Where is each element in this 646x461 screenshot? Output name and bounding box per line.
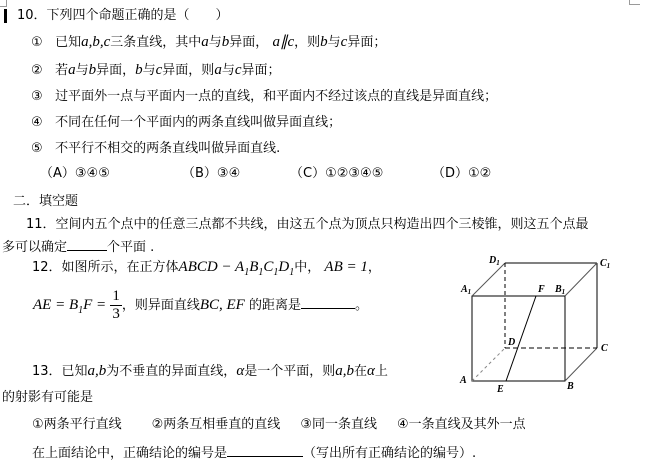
q11-answer-blank[interactable] xyxy=(67,236,107,251)
label-c: C xyxy=(601,343,608,354)
choice-4: ④一条直线及其外一点 xyxy=(397,417,526,432)
text: 中， xyxy=(294,260,320,275)
option-label: （B） xyxy=(182,166,217,181)
q13-choices: ①两条平行直线②两条互相垂直的直线③同一条直线④一条直线及其外一点 xyxy=(32,416,526,434)
text: 为不垂直的异面直线， xyxy=(106,364,236,379)
choice-3: ③同一条直线 xyxy=(300,417,377,432)
text: （写出所有正确结论的编号）. xyxy=(303,446,476,461)
q11-line-2: 多可以确定个平面 . xyxy=(2,236,154,257)
q13-answer-blank[interactable] xyxy=(227,442,303,457)
math: b xyxy=(320,34,328,50)
math: a xyxy=(201,34,209,50)
text: 异面； xyxy=(347,35,386,50)
text: 三条直线，其中 xyxy=(110,35,201,50)
q10-option-b[interactable]: （B）③④ xyxy=(182,165,240,183)
q12-line-2: AE = B1F = 13，则异面直线BC, EF 的距离是。 xyxy=(33,285,368,331)
text: 。 xyxy=(355,298,368,313)
text: ， xyxy=(368,260,381,275)
fraction-one-third: 13 xyxy=(110,288,122,323)
text: 与 xyxy=(209,35,222,50)
text: 与 xyxy=(222,63,235,78)
option-value: ①②③④⑤ xyxy=(325,166,383,181)
item-number: ② xyxy=(31,63,43,78)
label-f: F xyxy=(537,284,545,295)
q10-option-c[interactable]: （C）①②③④⑤ xyxy=(290,165,383,183)
text: ，则 xyxy=(294,35,320,50)
option-value: ③④⑤ xyxy=(75,166,110,181)
math-lines: BC, EF xyxy=(200,297,245,313)
text: 异面； xyxy=(242,63,281,78)
q13-line-4: 在上面结论中，正确结论的编号是（写出所有正确结论的编号）. xyxy=(32,442,476,461)
q10-item-1: ① 已知a,b,c三条直线，其中a与b异面， a∥c，则b与c异面； xyxy=(31,33,386,52)
option-label: （D） xyxy=(432,166,468,181)
text: 多可以确定 xyxy=(2,240,67,255)
label-c1: C1 xyxy=(600,258,610,270)
text: ，则异面直线 xyxy=(122,298,200,313)
q11-line-1: 11．空间内五个点中的任意三点都不共线，由这五个点为顶点只构造出四个三棱锥，则这… xyxy=(26,216,589,234)
text: 与 xyxy=(328,35,341,50)
math: a∥c xyxy=(272,34,294,50)
text: 与 xyxy=(143,63,156,78)
math: α xyxy=(236,363,244,379)
q13-line-2: 的射影有可能是 xyxy=(2,389,93,407)
q10-item-4: ④ 不同在任何一个平面内的两条直线叫做异面直线； xyxy=(31,114,341,132)
math: c xyxy=(235,62,242,78)
label-d: D xyxy=(507,337,515,348)
text: 已知 xyxy=(55,35,81,50)
label-b: B xyxy=(566,381,574,392)
cube-figure: D1 C1 A1 B1 F D C A E B xyxy=(450,250,640,400)
math: α xyxy=(367,363,375,379)
math: a xyxy=(68,62,76,78)
option-value: ③④ xyxy=(217,166,240,181)
label-d1: D1 xyxy=(488,255,500,267)
math: b xyxy=(135,62,143,78)
q12-line-1: 12．如图所示，在正方体ABCD − A1B1C1D1中， AB = 1， xyxy=(32,258,381,282)
q12-answer-blank[interactable] xyxy=(301,294,355,309)
text: 在 xyxy=(354,364,367,379)
label-b1: B1 xyxy=(554,284,565,296)
label-e: E xyxy=(496,384,504,395)
choice-1: ①两条平行直线 xyxy=(32,417,122,432)
item-number: ⑤ xyxy=(31,141,43,156)
section-title-fill-in: 二．填空题 xyxy=(13,193,78,211)
q10-item-5: ⑤ 不平行不相交的两条直线叫做异面直线. xyxy=(31,140,280,158)
choice-2: ②两条互相垂直的直线 xyxy=(152,417,281,432)
item-number: ① xyxy=(31,35,43,50)
text: 是一个平面，则 xyxy=(244,364,335,379)
text: 12．如图所示，在正方体 xyxy=(32,260,179,275)
item-text: 过平面外一点与平面内一点的直线，和平面内不经过该点的直线是异面直线； xyxy=(55,89,497,104)
math: a,b xyxy=(88,363,107,379)
text: 个平面 . xyxy=(107,240,154,255)
q10-item-2: ② 若a与b异面，b与c异面，则a与c异面； xyxy=(31,61,281,80)
q10-option-a[interactable]: （A）③④⑤ xyxy=(40,165,110,183)
option-label: （A） xyxy=(40,166,75,181)
math: a xyxy=(214,62,222,78)
text: 在上面结论中，正确结论的编号是 xyxy=(32,446,227,461)
text: 的距离是 xyxy=(249,298,301,313)
label-a1: A1 xyxy=(460,284,471,296)
text: 异面，则 xyxy=(162,63,214,78)
q10-title: 10．下列四个命题正确的是（ ） xyxy=(17,7,229,25)
option-label: （C） xyxy=(290,166,325,181)
math: b xyxy=(89,62,97,78)
label-a: A xyxy=(459,375,467,386)
text: 13．已知 xyxy=(32,364,88,379)
text: 异面， xyxy=(96,63,135,78)
text-cursor xyxy=(4,9,7,23)
q13-line-1: 13．已知a,b为不垂直的异面直线，α是一个平面，则a,b在α上 xyxy=(32,362,388,381)
text: 与 xyxy=(76,63,89,78)
page-corner-mark-left xyxy=(0,0,7,7)
option-value: ①② xyxy=(468,166,491,181)
text: 上 xyxy=(375,364,388,379)
item-text: 不平行不相交的两条直线叫做异面直线. xyxy=(55,141,280,156)
page-corner-mark-right xyxy=(629,0,640,5)
q10-item-3: ③ 过平面外一点与平面内一点的直线，和平面内不经过该点的直线是异面直线； xyxy=(31,88,497,106)
text: 若 xyxy=(55,63,68,78)
math-ae: AE = B1F = xyxy=(33,297,106,313)
item-number: ④ xyxy=(31,115,43,130)
text: 异面， xyxy=(229,35,268,50)
item-text: 不同在任何一个平面内的两条直线叫做异面直线； xyxy=(55,115,341,130)
math: a,b xyxy=(335,363,354,379)
math-cube: ABCD − A1B1C1D1 xyxy=(179,259,295,275)
math-ab: AB = 1 xyxy=(324,259,367,275)
q10-option-d[interactable]: （D）①② xyxy=(432,165,491,183)
item-number: ③ xyxy=(31,89,43,104)
math: a,b,c xyxy=(81,34,110,50)
